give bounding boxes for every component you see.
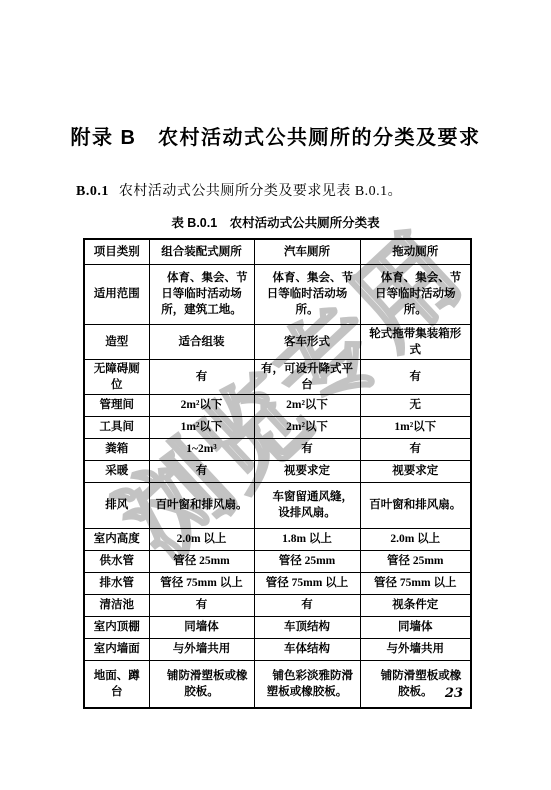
cell: 管径 75mm 以上 <box>254 572 360 594</box>
table-row-shape: 造型 适合组装 客车形式 轮式拖带集装箱形式 <box>84 324 471 359</box>
cell: 1~2m³ <box>149 438 254 460</box>
cell: 管径 75mm 以上 <box>149 572 254 594</box>
row-label: 排水管 <box>84 572 149 594</box>
col-header-item-category: 项目类别 <box>84 239 149 264</box>
cell: 百叶窗和排风扇。 <box>360 482 471 528</box>
cell: 客车形式 <box>254 324 360 359</box>
table-row-tool-room: 工具间 1m²以下 2m²以下 1m²以下 <box>84 416 471 438</box>
cell: 车顶结构 <box>254 616 360 638</box>
row-label: 工具间 <box>84 416 149 438</box>
col-header-towed-toilet: 拖动厕所 <box>360 239 471 264</box>
cell: 轮式拖带集装箱形式 <box>360 324 471 359</box>
table-row-application-scope: 适用范围 体育、集会、节日等临时活动场所，建筑工地。 体育、集会、节日等临时活动… <box>84 264 471 324</box>
cell: 适合组装 <box>149 324 254 359</box>
clause-text: 农村活动式公共厕所分类及要求见表 B.0.1。 <box>119 184 402 199</box>
cell: 体育、集会、节日等临时活动场所。 <box>360 264 471 324</box>
row-label: 管理间 <box>84 394 149 416</box>
cell: 有 <box>254 594 360 616</box>
cell: 2m²以下 <box>254 394 360 416</box>
table-row-management-room: 管理间 2m²以下 2m²以下 无 <box>84 394 471 416</box>
cell: 与外墙共用 <box>149 638 254 660</box>
row-label: 室内高度 <box>84 528 149 550</box>
table-row-waste-tank: 粪箱 1~2m³ 有 有 <box>84 438 471 460</box>
row-label: 排风 <box>84 482 149 528</box>
row-label: 采暖 <box>84 460 149 482</box>
cell: 同墙体 <box>149 616 254 638</box>
cell: 视条件定 <box>360 594 471 616</box>
cell: 1m²以下 <box>360 416 471 438</box>
row-label: 室内顶棚 <box>84 616 149 638</box>
table-row-cleaning-pool: 清洁池 有 有 视条件定 <box>84 594 471 616</box>
row-label: 无障碍厕位 <box>84 359 149 394</box>
row-label: 供水管 <box>84 550 149 572</box>
cell: 2.0m 以上 <box>360 528 471 550</box>
cell: 视要求定 <box>360 460 471 482</box>
row-label: 粪箱 <box>84 438 149 460</box>
clause-b01: B.0.1农村活动式公共厕所分类及要求见表 B.0.1。 <box>76 180 551 200</box>
cell: 体育、集会、节日等临时活动场所，建筑工地。 <box>149 264 254 324</box>
row-label: 地面、蹲台 <box>84 660 149 708</box>
cell: 车体结构 <box>254 638 360 660</box>
cell: 有 <box>149 359 254 394</box>
col-header-vehicle-toilet: 汽车厕所 <box>254 239 360 264</box>
cell: 有 <box>360 359 471 394</box>
cell: 有 <box>149 594 254 616</box>
row-label: 适用范围 <box>84 264 149 324</box>
cell: 体育、集会、节日等临时活动场所。 <box>254 264 360 324</box>
row-label: 造型 <box>84 324 149 359</box>
document-page: 浏览专用 附录 B 农村活动式公共厕所的分类及要求 B.0.1农村活动式公共厕所… <box>0 0 551 790</box>
table-row-interior-ceiling: 室内顶棚 同墙体 车顶结构 同墙体 <box>84 616 471 638</box>
cell: 百叶窗和排风扇。 <box>149 482 254 528</box>
cell: 管径 25mm <box>360 550 471 572</box>
cell: 铺色彩淡雅防滑塑板或橡胶板。 <box>254 660 360 708</box>
cell: 铺防滑塑板或橡胶板。 <box>360 660 471 708</box>
table-row-drain-pipe: 排水管 管径 75mm 以上 管径 75mm 以上 管径 75mm 以上 <box>84 572 471 594</box>
cell: 有 <box>254 438 360 460</box>
cell: 2.0m 以上 <box>149 528 254 550</box>
col-header-assembled-toilet: 组合装配式厕所 <box>149 239 254 264</box>
cell: 视要求定 <box>254 460 360 482</box>
cell: 管径 25mm <box>149 550 254 572</box>
cell: 同墙体 <box>360 616 471 638</box>
table-row-heating: 采暖 有 视要求定 视要求定 <box>84 460 471 482</box>
cell: 管径 75mm 以上 <box>360 572 471 594</box>
clause-number: B.0.1 <box>76 184 109 199</box>
cell: 1.8m 以上 <box>254 528 360 550</box>
table-row-interior-wall: 室内墙面 与外墙共用 车体结构 与外墙共用 <box>84 638 471 660</box>
table-row-interior-height: 室内高度 2.0m 以上 1.8m 以上 2.0m 以上 <box>84 528 471 550</box>
cell: 车窗留通风缝，设排风扇。 <box>254 482 360 528</box>
cell: 管径 25mm <box>254 550 360 572</box>
table-row-water-supply-pipe: 供水管 管径 25mm 管径 25mm 管径 25mm <box>84 550 471 572</box>
cell: 与外墙共用 <box>360 638 471 660</box>
cell: 有 <box>149 460 254 482</box>
table-row-accessible-stall: 无障碍厕位 有 有，可设升降式平台 有 <box>84 359 471 394</box>
classification-table: 项目类别 组合装配式厕所 汽车厕所 拖动厕所 适用范围 体育、集会、节日等临时活… <box>83 238 472 709</box>
appendix-title: 附录 B 农村活动式公共厕所的分类及要求 <box>0 0 551 150</box>
cell: 2m²以下 <box>254 416 360 438</box>
table-caption: 表 B.0.1 农村活动式公共厕所分类表 <box>0 213 551 231</box>
table-header-row: 项目类别 组合装配式厕所 汽车厕所 拖动厕所 <box>84 239 471 264</box>
cell: 2m²以下 <box>149 394 254 416</box>
cell: 无 <box>360 394 471 416</box>
cell: 有 <box>360 438 471 460</box>
row-label: 清洁池 <box>84 594 149 616</box>
row-label: 室内墙面 <box>84 638 149 660</box>
cell: 铺防滑塑板或橡胶板。 <box>149 660 254 708</box>
table-row-floor-squat-platform: 地面、蹲台 铺防滑塑板或橡胶板。 铺色彩淡雅防滑塑板或橡胶板。 铺防滑塑板或橡胶… <box>84 660 471 708</box>
table-row-ventilation: 排风 百叶窗和排风扇。 车窗留通风缝，设排风扇。 百叶窗和排风扇。 <box>84 482 471 528</box>
cell: 有，可设升降式平台 <box>254 359 360 394</box>
cell: 1m²以下 <box>149 416 254 438</box>
page-number: 23 <box>445 686 463 701</box>
